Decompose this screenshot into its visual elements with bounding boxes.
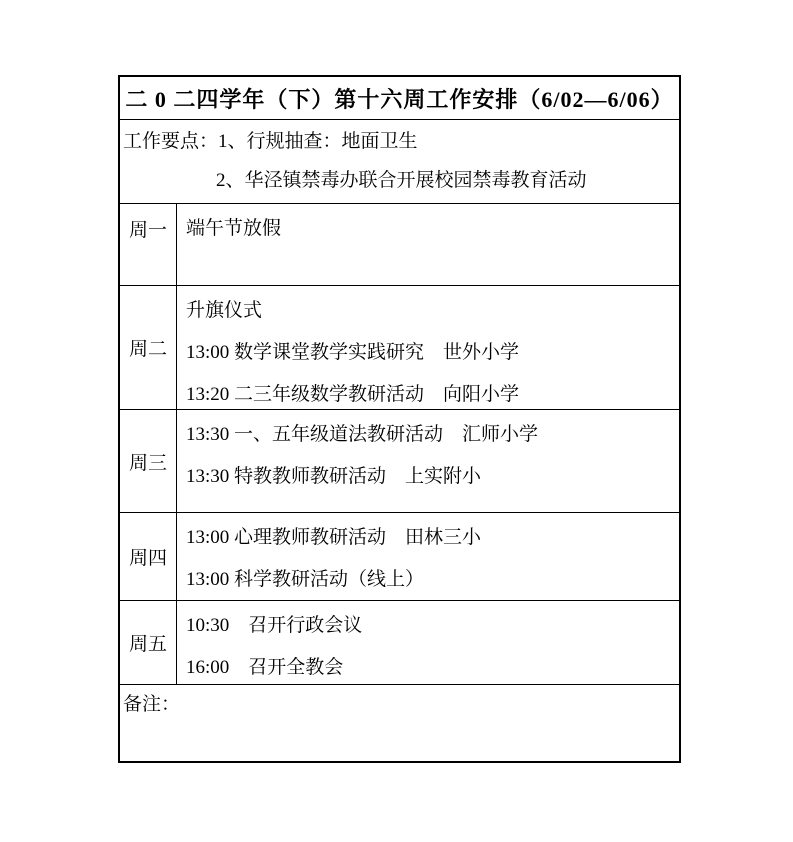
table-row-monday: 周一 端午节放假 <box>120 203 679 285</box>
schedule-line: 升旗仪式 <box>186 290 673 332</box>
day-label: 周二 <box>129 334 167 361</box>
schedule-line: 端午节放假 <box>186 208 673 250</box>
remarks-cell: 备注： <box>120 685 679 761</box>
day-label: 周四 <box>129 543 167 570</box>
day-label: 周三 <box>129 448 167 475</box>
schedule-line: 13:00 数学课堂教学实践研究 世外小学 <box>186 332 673 374</box>
remarks-row: 备注： <box>120 684 679 761</box>
key-points-row: 工作要点：1、行规抽查：地面卫生 2、华泾镇禁毒办联合开展校园禁毒教育活动 <box>120 119 679 203</box>
title-row: 二 0 二四学年（下）第十六周工作安排（6/02—6/06） <box>120 77 679 119</box>
schedule-line: 13:00 心理教师教研活动 田林三小 <box>186 517 673 559</box>
day-label: 周一 <box>129 210 167 252</box>
schedule-line: 10:30 召开行政会议 <box>186 605 673 647</box>
table-row-thursday: 周四 13:00 心理教师教研活动 田林三小 13:00 科学教研活动（线上） <box>120 512 679 600</box>
key-points-cell: 工作要点：1、行规抽查：地面卫生 2、华泾镇禁毒办联合开展校园禁毒教育活动 <box>120 120 679 203</box>
day-cell-monday: 周一 <box>120 204 177 285</box>
content-cell-thursday: 13:00 心理教师教研活动 田林三小 13:00 科学教研活动（线上） <box>177 513 679 600</box>
day-cell-tuesday: 周二 <box>120 286 177 409</box>
content-cell-wednesday: 13:30 一、五年级道法教研活动 汇师小学 13:30 特教教师教研活动 上实… <box>177 410 679 512</box>
schedule-line: 13:30 一、五年级道法教研活动 汇师小学 <box>186 414 673 456</box>
schedule-line: 16:00 召开全教会 <box>186 647 673 684</box>
day-cell-wednesday: 周三 <box>120 410 177 512</box>
content-cell-tuesday: 升旗仪式 13:00 数学课堂教学实践研究 世外小学 13:20 二三年级数学教… <box>177 286 679 409</box>
content-cell-friday: 10:30 召开行政会议 16:00 召开全教会 <box>177 601 679 684</box>
table-row-wednesday: 周三 13:30 一、五年级道法教研活动 汇师小学 13:30 特教教师教研活动… <box>120 409 679 512</box>
document-page: 二 0 二四学年（下）第十六周工作安排（6/02—6/06） 工作要点：1、行规… <box>0 0 793 842</box>
day-cell-thursday: 周四 <box>120 513 177 600</box>
key-points-label: 工作要点： <box>123 131 218 152</box>
schedule-line: 13:20 二三年级数学教研活动 向阳小学 <box>186 374 673 409</box>
weekly-schedule-table: 二 0 二四学年（下）第十六周工作安排（6/02—6/06） 工作要点：1、行规… <box>118 75 681 763</box>
key-points-item-1: 1、行规抽查：地面卫生 <box>218 131 418 152</box>
day-cell-friday: 周五 <box>120 601 177 684</box>
table-row-tuesday: 周二 升旗仪式 13:00 数学课堂教学实践研究 世外小学 13:20 二三年级… <box>120 285 679 409</box>
day-label: 周五 <box>129 629 167 656</box>
schedule-line: 13:00 科学教研活动（线上） <box>186 559 673 600</box>
content-cell-monday: 端午节放假 <box>177 204 679 285</box>
table-row-friday: 周五 10:30 召开行政会议 16:00 召开全教会 <box>120 600 679 684</box>
page-title: 二 0 二四学年（下）第十六周工作安排（6/02—6/06） <box>125 83 673 114</box>
schedule-line: 13:30 特教教师教研活动 上实附小 <box>186 456 673 498</box>
key-points-line-1: 工作要点：1、行规抽查：地面卫生 <box>123 131 673 153</box>
remarks-label: 备注： <box>123 694 180 715</box>
key-points-item-2: 2、华泾镇禁毒办联合开展校园禁毒教育活动 <box>123 170 673 192</box>
